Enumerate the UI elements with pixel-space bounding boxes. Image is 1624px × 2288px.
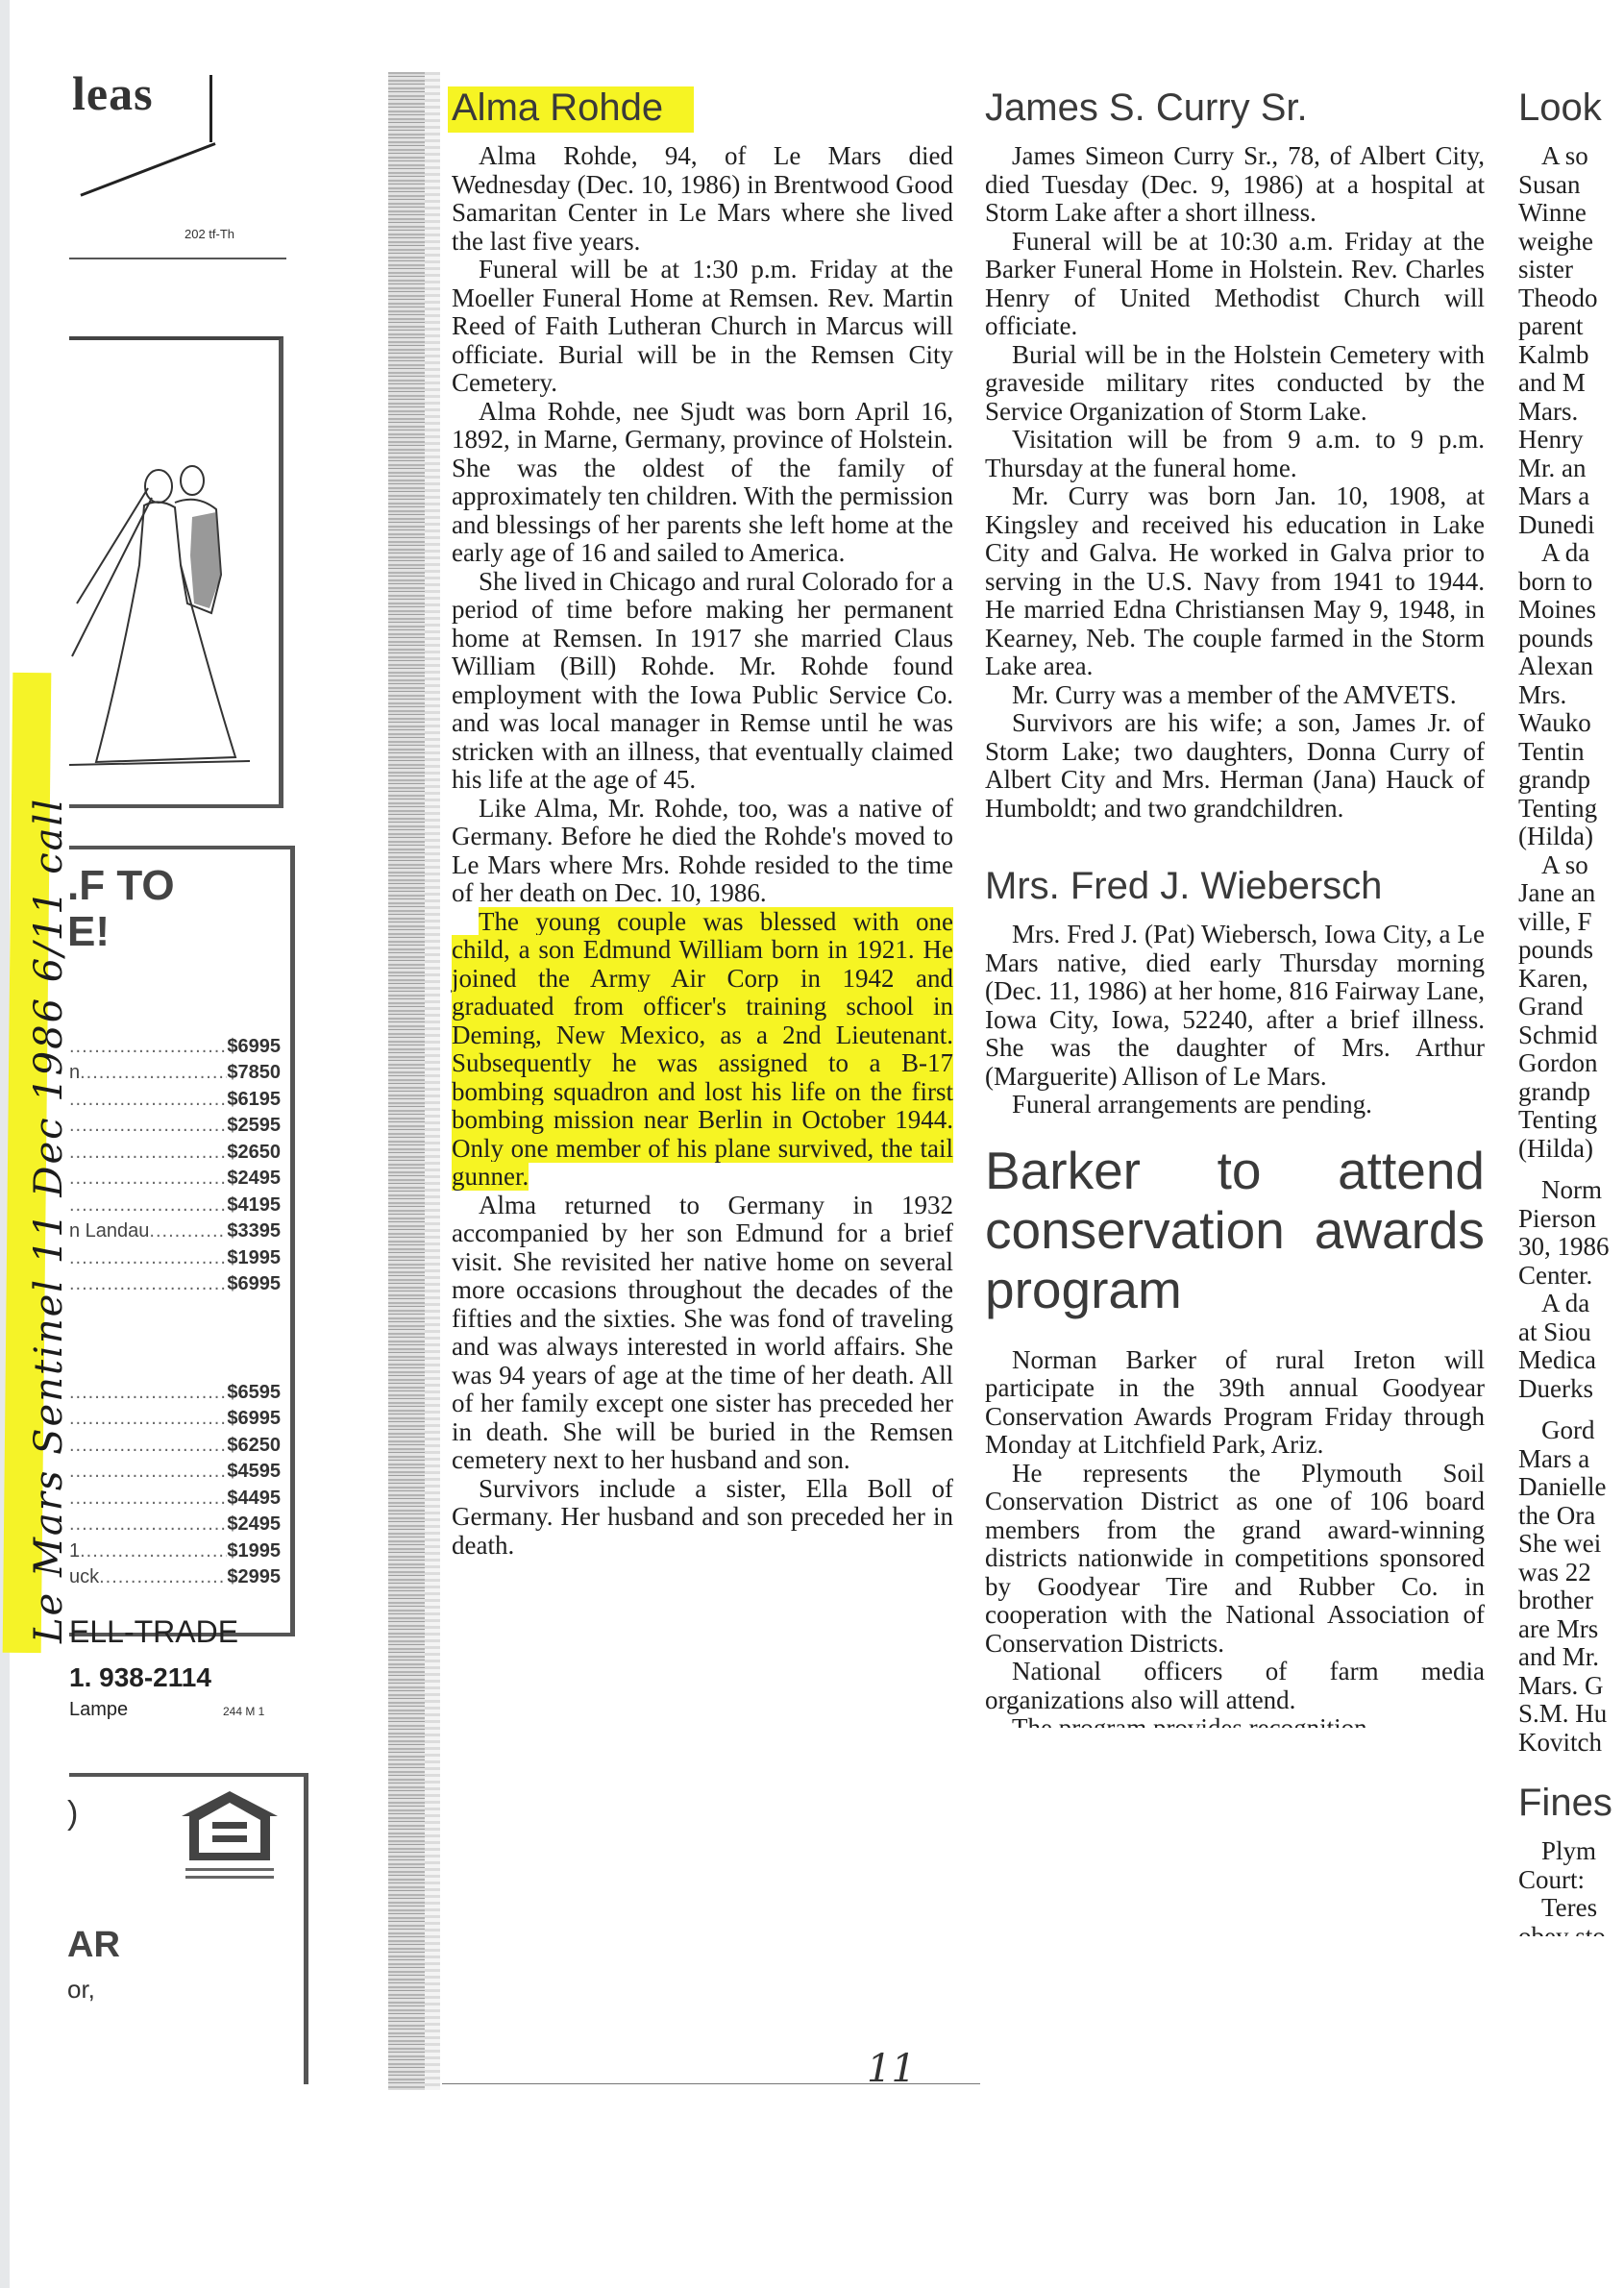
- housing-ad-fragment: ): [67, 1795, 78, 1833]
- text-line: Teres: [1518, 1894, 1624, 1923]
- text-line: Center.: [1518, 1262, 1624, 1291]
- bride-groom-illustration-icon: [67, 459, 269, 776]
- ad-fragment: or,: [67, 1975, 95, 2005]
- item-price: $7850: [227, 1062, 281, 1084]
- leader-dots: [99, 1566, 227, 1588]
- ad-border: [80, 142, 215, 197]
- text-line: weighe: [1518, 228, 1624, 257]
- headline: Look: [1518, 85, 1624, 131]
- text-line: Karen,: [1518, 965, 1624, 994]
- text-line: Danielle: [1518, 1473, 1624, 1502]
- item-price: $6995: [227, 1273, 281, 1295]
- paragraph: Visitation will be from 9 a.m. to 9 p.m.…: [985, 426, 1485, 482]
- divider: [69, 258, 286, 259]
- car-sale-headline: .F TO E!: [67, 863, 175, 955]
- text-block: A so Jane an ville, F pounds Karen, Gran…: [1518, 851, 1624, 1164]
- text-line: ville, F: [1518, 908, 1624, 937]
- item-price: $4595: [227, 1461, 281, 1483]
- price-row: $6595: [69, 1377, 281, 1404]
- text-line: are Mrs: [1518, 1615, 1624, 1644]
- text-line: A da: [1518, 539, 1624, 568]
- paragraph: Alma Rohde, 94, of Le Mars died Wednesda…: [452, 142, 953, 256]
- text-line: pounds: [1518, 625, 1624, 653]
- text-block: A da at Siou Medica Duerks: [1518, 1290, 1624, 1403]
- headline: Fines: [1518, 1780, 1624, 1826]
- text-line: (Hilda): [1518, 823, 1624, 851]
- text-line: Grand: [1518, 993, 1624, 1021]
- headline-text: Alma Rohde: [448, 86, 694, 133]
- highlighted-paragraph: The young couple was blessed with one ch…: [452, 908, 953, 1192]
- headline: James S. Curry Sr.: [985, 85, 1485, 131]
- text-line: Dunedi: [1518, 511, 1624, 540]
- paragraph: Like Alma, Mr. Rohde, too, was a native …: [452, 795, 953, 908]
- text-line: grandp: [1518, 1078, 1624, 1107]
- paragraph: Survivors are his wife; a son, James Jr.…: [985, 709, 1485, 823]
- text-line: Mars.: [1518, 398, 1624, 427]
- ad-ideas-headline-fragment: leas: [72, 65, 154, 121]
- paragraph: Survivors include a sister, Ella Boll of…: [452, 1475, 953, 1561]
- paragraph: Burial will be in the Holstein Cemetery …: [985, 341, 1485, 427]
- leader-dots: [80, 1062, 227, 1084]
- text-line: Tenting: [1518, 1106, 1624, 1135]
- text-line: and Mr.: [1518, 1643, 1624, 1672]
- price-row: n$7850: [69, 1058, 281, 1085]
- handwritten-page-mark: 11: [867, 2047, 916, 2091]
- item-price: $2595: [227, 1115, 281, 1137]
- price-row: $6995: [69, 1404, 281, 1431]
- paragraph: Funeral will be at 1:30 p.m. Friday at t…: [452, 256, 953, 398]
- text-line: born to: [1518, 568, 1624, 597]
- text-line: 30, 1986: [1518, 1233, 1624, 1262]
- text-line: Medica: [1518, 1346, 1624, 1375]
- ad-phone-number: 1. 938-2114: [69, 1662, 211, 1693]
- text-line: A so: [1518, 142, 1624, 171]
- price-row: $6195: [69, 1084, 281, 1111]
- handwritten-source-note: Le Mars Sentinel 11 Dec 1986 6/11 call: [27, 798, 71, 1643]
- highlighted-text: The young couple was blessed with one ch…: [452, 907, 953, 1192]
- paragraph: Funeral will be at 10:30 a.m. Friday at …: [985, 228, 1485, 341]
- text-line: sister: [1518, 256, 1624, 284]
- text-line: Winne: [1518, 199, 1624, 228]
- paragraph: Norman Barker of rural Ireton will parti…: [985, 1346, 1485, 1460]
- ad-contact-name: Lampe: [69, 1699, 128, 1721]
- paragraph: National officers of farm media organiza…: [985, 1658, 1485, 1714]
- text-line: Moines: [1518, 596, 1624, 625]
- price-row: $6995: [69, 1031, 281, 1058]
- text-line: Court:: [1518, 1866, 1624, 1895]
- item-price: $1995: [227, 1247, 281, 1269]
- text-line: obey sto: [1518, 1923, 1624, 1936]
- price-row: n Landau$3395: [69, 1217, 281, 1243]
- text-line: Tenting: [1518, 795, 1624, 824]
- leader-dots: [69, 1273, 227, 1295]
- text-line: Theodo: [1518, 284, 1624, 313]
- paragraph: Alma returned to Germany in 1932 accompa…: [452, 1192, 953, 1475]
- column-gutter-shadow: [425, 72, 440, 2090]
- text-line: Gordon: [1518, 1049, 1624, 1078]
- headline: Barker to attend conservation awards pro…: [985, 1141, 1485, 1319]
- text-line: A so: [1518, 851, 1624, 880]
- price-row: $6995: [69, 1269, 281, 1296]
- equal-housing-opportunity-icon: [178, 1789, 282, 1885]
- paragraph: James Simeon Curry Sr., 78, of Albert Ci…: [985, 142, 1485, 228]
- text-line: Norm: [1518, 1176, 1624, 1205]
- headline: Mrs. Fred J. Wiebersch: [985, 863, 1485, 909]
- item-price: $6995: [227, 1408, 281, 1430]
- text-line: Mars a: [1518, 482, 1624, 511]
- headline: Alma Rohde: [452, 85, 953, 131]
- column-2: James S. Curry Sr. James Simeon Curry Sr…: [985, 85, 1485, 1728]
- price-row: $4195: [69, 1190, 281, 1217]
- text-line: Mars a: [1518, 1445, 1624, 1474]
- paragraph: Mr. Curry was born Jan. 10, 1908, at Kin…: [985, 482, 1485, 681]
- text-line: brother: [1518, 1587, 1624, 1615]
- price-row: 1$1995: [69, 1536, 281, 1562]
- price-row: $2495: [69, 1510, 281, 1537]
- price-row: $6250: [69, 1430, 281, 1457]
- price-row: $2650: [69, 1137, 281, 1164]
- text-line: the Ora: [1518, 1502, 1624, 1531]
- item-price: $4195: [227, 1194, 281, 1217]
- text-line: Alexan: [1518, 652, 1624, 681]
- column-gutter-shadow: [388, 72, 425, 2090]
- item-price: $2650: [227, 1142, 281, 1164]
- leader-dots: [69, 1435, 227, 1457]
- ad-border: [209, 75, 212, 142]
- item-price: $6195: [227, 1089, 281, 1111]
- sale-headline-text: .F TO E!: [67, 863, 175, 955]
- text-line: She wei: [1518, 1530, 1624, 1559]
- text-line: pounds: [1518, 936, 1624, 965]
- item-price: $6995: [227, 1036, 281, 1058]
- paragraph: She lived in Chicago and rural Colorado …: [452, 568, 953, 795]
- text-line: Schmid: [1518, 1021, 1624, 1050]
- leader-dots: [69, 1382, 227, 1404]
- item-label: uck: [69, 1566, 99, 1588]
- ad-fragment: AR: [67, 1925, 120, 1966]
- ad-code: 202 tf-Th: [185, 227, 234, 241]
- price-row: $4495: [69, 1483, 281, 1510]
- price-row: $4595: [69, 1457, 281, 1484]
- paragraph: Mr. Curry was a member of the AMVETS.: [985, 681, 1485, 710]
- leader-dots: [149, 1220, 227, 1242]
- leader-dots: [69, 1115, 227, 1137]
- text-line: S.M. Hu: [1518, 1700, 1624, 1729]
- text-block: A da born to Moines pounds Alexan Mrs. W…: [1518, 539, 1624, 851]
- text-line: Gord: [1518, 1416, 1624, 1445]
- leader-dots: [69, 1513, 227, 1536]
- item-price: $2495: [227, 1513, 281, 1536]
- text-block: Plym Court: Teres obey sto: [1518, 1837, 1624, 1936]
- price-list: $6995 n$7850 $6195 $2595 $2650 $2495 $41…: [69, 1031, 281, 1588]
- paragraph: He represents the Plymouth Soil Conserva…: [985, 1460, 1485, 1659]
- price-row: $2595: [69, 1111, 281, 1138]
- text-line: Mars. G: [1518, 1672, 1624, 1701]
- item-label: n Landau: [69, 1220, 149, 1242]
- item-price: $6250: [227, 1435, 281, 1457]
- text-line: Wauko: [1518, 709, 1624, 738]
- text-line: A da: [1518, 1290, 1624, 1318]
- paragraph: Mrs. Fred J. (Pat) Wiebersch, Iowa City,…: [985, 921, 1485, 1091]
- text-line: Plym: [1518, 1837, 1624, 1866]
- divider: [442, 2083, 980, 2084]
- text-line: (Hilda): [1518, 1135, 1624, 1164]
- text-line: Henry: [1518, 426, 1624, 455]
- text-line: Kovitch: [1518, 1729, 1624, 1758]
- price-row: uck$2995: [69, 1562, 281, 1589]
- item-price: $1995: [227, 1540, 281, 1562]
- text-line: at Siou: [1518, 1318, 1624, 1347]
- text-line: Tentin: [1518, 738, 1624, 767]
- text-block: Norm Pierson 30, 1986 Center.: [1518, 1176, 1624, 1290]
- text-line: Kalmb: [1518, 341, 1624, 370]
- column-3-cropped: Look A so Susan Winne weighe sister Theo…: [1518, 85, 1624, 1936]
- text-line: Jane an: [1518, 879, 1624, 908]
- text-line: Pierson: [1518, 1205, 1624, 1234]
- leader-dots: [69, 1408, 227, 1430]
- paragraph-cut-off: The program provides recognition: [985, 1714, 1485, 1728]
- item-price: $4495: [227, 1488, 281, 1510]
- text-line: was 22: [1518, 1559, 1624, 1587]
- leader-dots: [69, 1168, 227, 1190]
- obituary-alma-rohde: Alma Rohde Alma Rohde, 94, of Le Mars di…: [452, 85, 953, 1560]
- leader-dots: [69, 1247, 227, 1269]
- text-block: A so Susan Winne weighe sister Theodo pa…: [1518, 142, 1624, 539]
- paragraph: Alma Rohde, nee Sjudt was born April 16,…: [452, 398, 953, 568]
- leader-dots: [69, 1142, 227, 1164]
- item-price: $2995: [227, 1566, 281, 1588]
- leader-dots: [69, 1194, 227, 1217]
- leader-dots: [69, 1036, 227, 1058]
- text-line: Mrs.: [1518, 681, 1624, 710]
- text-line: grandp: [1518, 766, 1624, 795]
- leader-dots: [80, 1540, 227, 1562]
- text-line: parent: [1518, 312, 1624, 341]
- leader-dots: [69, 1089, 227, 1111]
- ad-code: 244 M 1: [223, 1705, 264, 1718]
- text-line: Duerks: [1518, 1375, 1624, 1404]
- item-price: $6595: [227, 1382, 281, 1404]
- text-line: Mr. an: [1518, 455, 1624, 483]
- price-row: $1995: [69, 1242, 281, 1269]
- text-line: Susan: [1518, 171, 1624, 200]
- text-line: and M: [1518, 369, 1624, 398]
- text-block: Gord Mars a Danielle the Ora She wei was…: [1518, 1416, 1624, 1757]
- leader-dots: [69, 1488, 227, 1510]
- item-price: $2495: [227, 1168, 281, 1190]
- leader-dots: [69, 1461, 227, 1483]
- paragraph: Funeral arrangements are pending.: [985, 1091, 1485, 1119]
- spacer: [69, 1295, 281, 1377]
- item-price: $3395: [227, 1220, 281, 1242]
- sell-trade-label: ELL-TRADE: [69, 1614, 238, 1650]
- price-row: $2495: [69, 1164, 281, 1191]
